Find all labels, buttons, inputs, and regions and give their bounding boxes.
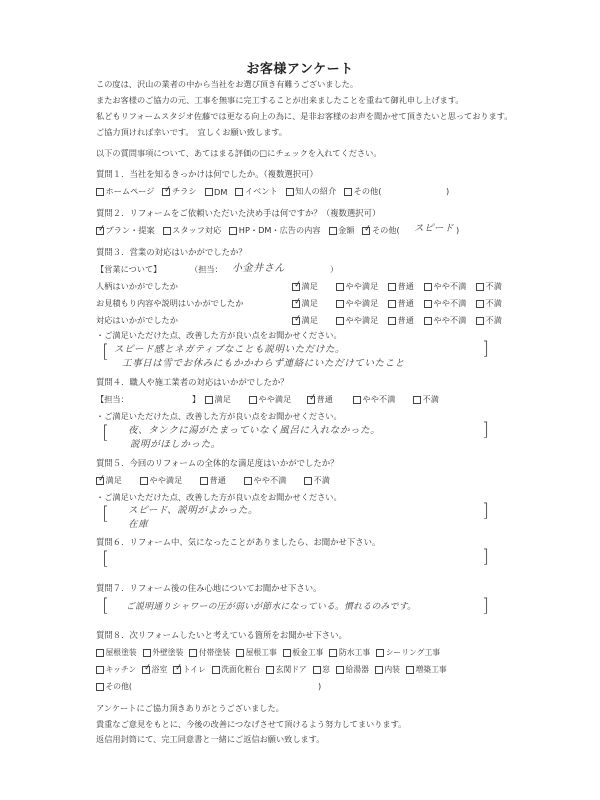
comment-bracket-open: [	[102, 597, 109, 615]
checkbox[interactable]	[375, 666, 383, 674]
checkbox[interactable]	[212, 666, 220, 674]
q3-section-label: 【営業について】	[96, 264, 161, 275]
checkbox[interactable]	[143, 649, 151, 657]
q3-staff-prefix: （担当：	[190, 264, 223, 275]
q4-comment-line-1[interactable]: 夜、タンクに湯がたまっていなく風呂に入れなかった。	[128, 422, 380, 436]
check-mark-icon: ✓	[97, 473, 106, 484]
q2-other-value[interactable]: スピード	[414, 220, 454, 234]
rating-somewhat-satisfied[interactable]: やや満足	[336, 298, 388, 309]
q6-label: 質問６．リフォーム中、気になったことがありましたら、お聞かせ下さい。	[96, 537, 380, 548]
checkbox[interactable]	[205, 188, 213, 196]
rating-neutral[interactable]: 普通	[388, 315, 424, 326]
q6-comment-area[interactable]	[115, 552, 475, 566]
checkbox[interactable]	[313, 666, 321, 674]
q1-options: ホームページ ✓チラシ DM イベント 知人の紹介 その他(	[96, 186, 381, 197]
checkbox[interactable]	[229, 227, 237, 235]
q5-scale: ✓満足 やや満足 普通 やや不満 不満	[96, 475, 330, 486]
checkbox[interactable]	[476, 283, 484, 291]
checkbox[interactable]	[336, 666, 344, 674]
checkbox-checked[interactable]: ✓	[162, 188, 170, 196]
checkbox[interactable]	[286, 188, 294, 196]
checkbox-checked[interactable]: ✓	[292, 300, 300, 308]
check-mark-icon: ✓	[293, 313, 302, 324]
check-mark-icon: ✓	[143, 662, 152, 673]
rating-somewhat-dissatisfied[interactable]: やや不満	[424, 298, 476, 309]
comment-bracket-open: [	[102, 424, 109, 442]
checkbox-checked[interactable]: ✓	[142, 666, 150, 674]
checkbox[interactable]	[476, 300, 484, 308]
q1-option-dm[interactable]: DM	[205, 187, 228, 197]
checkbox[interactable]	[163, 227, 171, 235]
comment-bracket-open: [	[102, 505, 109, 523]
checkbox[interactable]	[244, 477, 252, 485]
q5-label: 質問５．今回のリフォームの全体的な満足度はいかがでしたか？	[96, 458, 338, 469]
q8-option-vanity[interactable]: 洗面化粧台	[212, 664, 260, 675]
q7-comment-line-1[interactable]: ご説明通りシャワーの圧が弱いが節水になっている。慣れるのみです。	[126, 599, 416, 612]
checkbox[interactable]	[96, 666, 104, 674]
q1-option-event[interactable]: イベント	[235, 186, 277, 197]
q3-comment-line-2[interactable]: 工事日は雪でお休みにもかかわらず連絡にいただけていたこと	[122, 355, 405, 369]
q3-row-2-label: お見積もり内容や説明はいかがでしたか	[96, 298, 243, 309]
q4-staff-label: 【担当：	[96, 394, 129, 405]
rating-dissatisfied[interactable]: 不満	[476, 298, 502, 309]
checkbox-checked[interactable]: ✓	[292, 283, 300, 291]
comment-bracket-close: ]	[482, 421, 489, 439]
q5-comment-line-1[interactable]: スピード、説明がよかった。	[128, 502, 258, 516]
q8-option-other[interactable]: その他(	[96, 681, 132, 692]
q3-row-2-scale: ✓満足 やや満足 普通 やや不満 不満	[292, 298, 502, 309]
rating-somewhat-dissatisfied[interactable]: やや不満	[353, 394, 413, 405]
q8-option-sealing[interactable]: シーリング工事	[376, 647, 440, 658]
comment-bracket-open: [	[102, 343, 109, 361]
q8-options-row-2: キッチン ✓浴室 ✓トイレ 洗面化粧台 玄関ドア 窓 給湯器 内装 増築工事	[96, 664, 447, 675]
rating-somewhat-satisfied[interactable]: やや満足	[249, 394, 307, 405]
rating-satisfied[interactable]: ✓満足	[292, 281, 336, 292]
q8-option-bathroom[interactable]: ✓浴室	[142, 664, 167, 675]
q1-label: 質問１．当社を知るきっかけは何でしたか。（複数選択可）	[96, 169, 318, 180]
q8-option-roof-painting[interactable]: 屋根塗装	[96, 647, 137, 658]
checkbox[interactable]	[266, 666, 274, 674]
q3-row-1-scale: ✓満足 やや満足 普通 やや不満 不満	[292, 281, 502, 292]
q8-option-toilet[interactable]: ✓トイレ	[173, 664, 206, 675]
q4-staff-close: 】	[192, 394, 200, 405]
checkbox-checked[interactable]: ✓	[307, 396, 315, 404]
q4-label: 質問４．職人や施工業者の対応はいかがでしたか？	[96, 377, 289, 388]
q3-row-3-scale: ✓満足 やや満足 普通 やや不満 不満	[292, 315, 502, 326]
rating-dissatisfied[interactable]: 不満	[476, 315, 502, 326]
q3-staff-close: ）	[330, 264, 338, 275]
closing-line-1: アンケートにご協力頂きありがとうございました。	[96, 703, 284, 714]
rating-somewhat-satisfied[interactable]: やや満足	[140, 475, 200, 486]
checkbox[interactable]	[424, 283, 432, 291]
rating-satisfied[interactable]: ✓満足	[292, 298, 336, 309]
checkbox[interactable]	[235, 188, 243, 196]
checkbox[interactable]	[236, 649, 244, 657]
q1-option-other[interactable]: その他(	[344, 186, 381, 197]
rating-satisfied[interactable]: ✓満足	[292, 315, 336, 326]
rating-neutral[interactable]: 普通	[200, 475, 244, 486]
q8-option-exterior-wall[interactable]: 外壁塗装	[143, 647, 184, 658]
checkbox-checked[interactable]: ✓	[362, 227, 370, 235]
rating-dissatisfied[interactable]: 不満	[413, 394, 439, 405]
checkbox[interactable]	[304, 477, 312, 485]
checkbox[interactable]	[336, 283, 344, 291]
rating-neutral[interactable]: 普通	[388, 298, 424, 309]
q5-comment-line-2[interactable]: 在庫	[128, 516, 148, 530]
checkbox[interactable]	[406, 666, 414, 674]
rating-satisfied[interactable]: ✓満足	[96, 475, 140, 486]
q3-row-1-label: 人柄はいかがでしたか	[96, 281, 178, 292]
checkbox[interactable]	[336, 300, 344, 308]
checkbox[interactable]	[283, 649, 291, 657]
q2-option-price[interactable]: 金額	[329, 225, 355, 236]
comment-bracket-close: ]	[482, 340, 489, 358]
checkbox[interactable]	[476, 317, 484, 325]
intro-line-3: 私どもリフォームスタジオ佐藤では更なる向上の為に、是非お客様のお声を聞かせて頂き…	[96, 111, 513, 122]
q1-option-homepage[interactable]: ホームページ	[96, 186, 154, 197]
q2-option-other[interactable]: ✓その他(	[362, 225, 399, 236]
checkbox[interactable]	[413, 396, 421, 404]
survey-page: お客様アンケート この度は、沢山の業者の中から当社をお選び頂き有難うございました…	[0, 0, 600, 800]
checkbox[interactable]	[96, 649, 104, 657]
comment-bracket-close: ]	[482, 548, 489, 566]
rating-satisfied[interactable]: 満足	[205, 394, 249, 405]
q3-staff-value[interactable]: 小金井さん	[232, 259, 285, 274]
q2-option-plan[interactable]: ✓プラン・提案	[96, 225, 155, 236]
q2-other-close: )	[456, 225, 459, 236]
checkbox[interactable]	[249, 396, 257, 404]
checkbox[interactable]	[388, 317, 396, 325]
q3-comment-line-1[interactable]: スピード感とネガティブなことも説明いただけた。	[114, 341, 345, 355]
q4-comment-line-2[interactable]: 説明がほしかった。	[130, 436, 221, 450]
q8-option-sheet-metal[interactable]: 板金工事	[283, 647, 324, 658]
rating-neutral[interactable]: ✓普通	[307, 394, 353, 405]
checkbox[interactable]	[329, 649, 337, 657]
q2-option-staff[interactable]: スタッフ対応	[163, 225, 222, 236]
checkbox[interactable]	[140, 477, 148, 485]
checkbox-checked[interactable]: ✓	[96, 477, 104, 485]
checkbox[interactable]	[96, 188, 104, 196]
q2-option-ads[interactable]: HP・DM・広告の内容	[229, 225, 320, 236]
checkbox[interactable]	[353, 396, 361, 404]
rating-dissatisfied[interactable]: 不満	[476, 281, 502, 292]
rating-somewhat-dissatisfied[interactable]: やや不満	[424, 315, 476, 326]
comment-bracket-open: [	[102, 550, 109, 568]
checkbox[interactable]	[329, 227, 337, 235]
checkbox-checked[interactable]: ✓	[96, 227, 104, 235]
q4-scale: 満足 やや満足 ✓普通 やや不満 不満	[205, 394, 439, 405]
checkbox[interactable]	[189, 649, 197, 657]
q2-label: 質問２．リフォームをご依頼いただいた決め手は何ですか？（複数選択可）	[96, 208, 380, 219]
rating-dissatisfied[interactable]: 不満	[304, 475, 330, 486]
q8-option-extension[interactable]: 増築工事	[406, 664, 447, 675]
q8-option-roof-work[interactable]: 屋根工事	[236, 647, 277, 658]
intro-line-1: この度は、沢山の業者の中から当社をお選び頂き有難うございました。	[96, 79, 358, 90]
checkbox-checked[interactable]: ✓	[292, 317, 300, 325]
q1-other-close: )	[446, 186, 449, 197]
page-title: お客様アンケート	[0, 58, 600, 77]
q8-other-close: )	[318, 681, 321, 692]
intro-line-2: またお客様のご協力の元、工事を無事に完工することが出来ましたことを重ねて御礼申し…	[96, 95, 464, 106]
checkbox[interactable]	[424, 317, 432, 325]
q8-option-waterproofing[interactable]: 防水工事	[329, 647, 370, 658]
rating-somewhat-satisfied[interactable]: やや満足	[336, 281, 388, 292]
q8-label: 質問８．次リフォームしたいと考えている箇所をお聞かせ下さい。	[96, 630, 347, 641]
check-mark-icon: ✓	[293, 279, 302, 290]
q8-option-entrance-door[interactable]: 玄関ドア	[266, 664, 306, 675]
rating-somewhat-dissatisfied[interactable]: やや不満	[424, 281, 476, 292]
q3-row-3-label: 対応はいかがでしたか	[96, 315, 178, 326]
q1-option-flyer[interactable]: ✓チラシ	[162, 186, 196, 197]
rating-somewhat-dissatisfied[interactable]: やや不満	[244, 475, 304, 486]
checkbox[interactable]	[388, 300, 396, 308]
q7-label: 質問７．リフォーム後の住み心地についてお聞かせ下さい。	[96, 583, 322, 594]
checkbox[interactable]	[344, 188, 352, 196]
q8-option-kitchen[interactable]: キッチン	[96, 664, 136, 675]
q3-label: 質問３．営業の対応はいかがでしたか？	[96, 247, 247, 258]
closing-line-3: 返信用封筒にて、完工同意書と一緒にご返信お願い致します。	[96, 734, 324, 745]
checkbox[interactable]	[205, 396, 213, 404]
q8-option-accessory-painting[interactable]: 付帯塗装	[189, 647, 230, 658]
check-mark-icon: ✓	[293, 296, 302, 307]
closing-line-2: 貴重なご意見をもとに、今後の改善につなげさせて頂けるよう努力してまいります。	[96, 719, 406, 730]
q8-options-row-3: その他(	[96, 681, 132, 692]
check-mark-icon: ✓	[308, 392, 317, 403]
checkbox[interactable]	[336, 317, 344, 325]
q2-options: ✓プラン・提案 スタッフ対応 HP・DM・広告の内容 金額 ✓その他(	[96, 225, 400, 236]
q8-option-interior[interactable]: 内装	[375, 664, 400, 675]
instruction-text: 以下の質問事項について、あてはまる評価の□にチェックを入れてください。	[96, 148, 382, 159]
q3-comment-prompt: ・ご満足いただけた点、改善した方が良い点をお聞かせください。	[96, 330, 342, 341]
checkbox[interactable]	[424, 300, 432, 308]
q8-option-window[interactable]: 窓	[313, 664, 330, 675]
comment-bracket-close: ]	[482, 502, 489, 520]
checkbox-checked[interactable]: ✓	[173, 666, 181, 674]
checkbox[interactable]	[200, 477, 208, 485]
q4-comment-prompt: ・ご満足いただけた点、改善した方が良い点をお聞かせください。	[96, 411, 342, 422]
comment-bracket-close: ]	[482, 597, 489, 615]
checkbox[interactable]	[96, 683, 104, 691]
check-mark-icon: ✓	[97, 223, 106, 234]
checkbox[interactable]	[388, 283, 396, 291]
q8-option-water-heater[interactable]: 給湯器	[336, 664, 369, 675]
intro-line-4: ご協力頂ければ幸いです。 宜しくお願い致します。	[96, 127, 287, 138]
q1-option-referral[interactable]: 知人の紹介	[286, 186, 336, 197]
q8-options-row-1: 屋根塗装 外壁塗装 付帯塗装 屋根工事 板金工事 防水工事 シーリング工事	[96, 647, 440, 658]
rating-somewhat-satisfied[interactable]: やや満足	[336, 315, 388, 326]
checkbox[interactable]	[376, 649, 384, 657]
rating-neutral[interactable]: 普通	[388, 281, 424, 292]
